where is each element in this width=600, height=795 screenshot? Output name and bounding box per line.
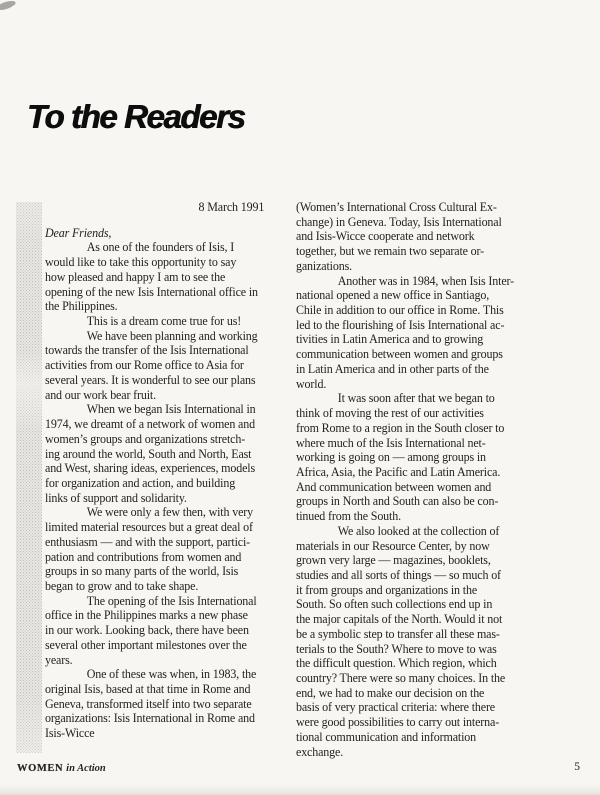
letter-paragraph: This is a dream come true for us!	[45, 314, 289, 329]
scan-corner-smudge	[0, 0, 17, 12]
letter-paragraph: One of these was when, in 1983, the orig…	[45, 667, 289, 741]
letter-paragraph: The opening of the Isis International of…	[45, 594, 289, 668]
magazine-name: WOMENin Action	[17, 762, 106, 775]
letter-paragraph: When we began Isis International in 1974…	[45, 402, 289, 505]
letter-paragraph: (Women’s International Cross Cultural Ex…	[296, 200, 540, 274]
scan-bottom-shadow	[0, 785, 600, 795]
letter-paragraph: It was soon after that we began to think…	[296, 391, 540, 523]
letter-paragraph: Another was in 1984, when Isis Inter- na…	[296, 274, 540, 392]
page-title: To the Readers	[27, 100, 245, 133]
page-number: 5	[556, 761, 580, 774]
letter-paragraph: We also looked at the collection of mate…	[296, 524, 540, 760]
letter-column-left: 8 March 1991 Dear Friends, As one of the…	[45, 200, 289, 741]
letter-date: 8 March 1991	[45, 200, 289, 215]
letter-paragraph: We have been planning and working toward…	[45, 329, 289, 403]
letter-paragraphs-right: (Women’s International Cross Cultural Ex…	[296, 200, 540, 759]
letter-paragraph: We were only a few then, with very limit…	[45, 505, 289, 593]
letter-column-right: (Women’s International Cross Cultural Ex…	[296, 200, 540, 759]
letter-paragraphs-left: As one of the founders of Isis, I would …	[45, 240, 289, 740]
magazine-name-caps: WOMEN	[17, 763, 63, 774]
letter-paragraph: As one of the founders of Isis, I would …	[45, 240, 289, 314]
magazine-name-italic: in Action	[66, 763, 106, 774]
letter-salutation: Dear Friends,	[45, 226, 289, 241]
decorative-halftone-bar	[16, 202, 42, 753]
